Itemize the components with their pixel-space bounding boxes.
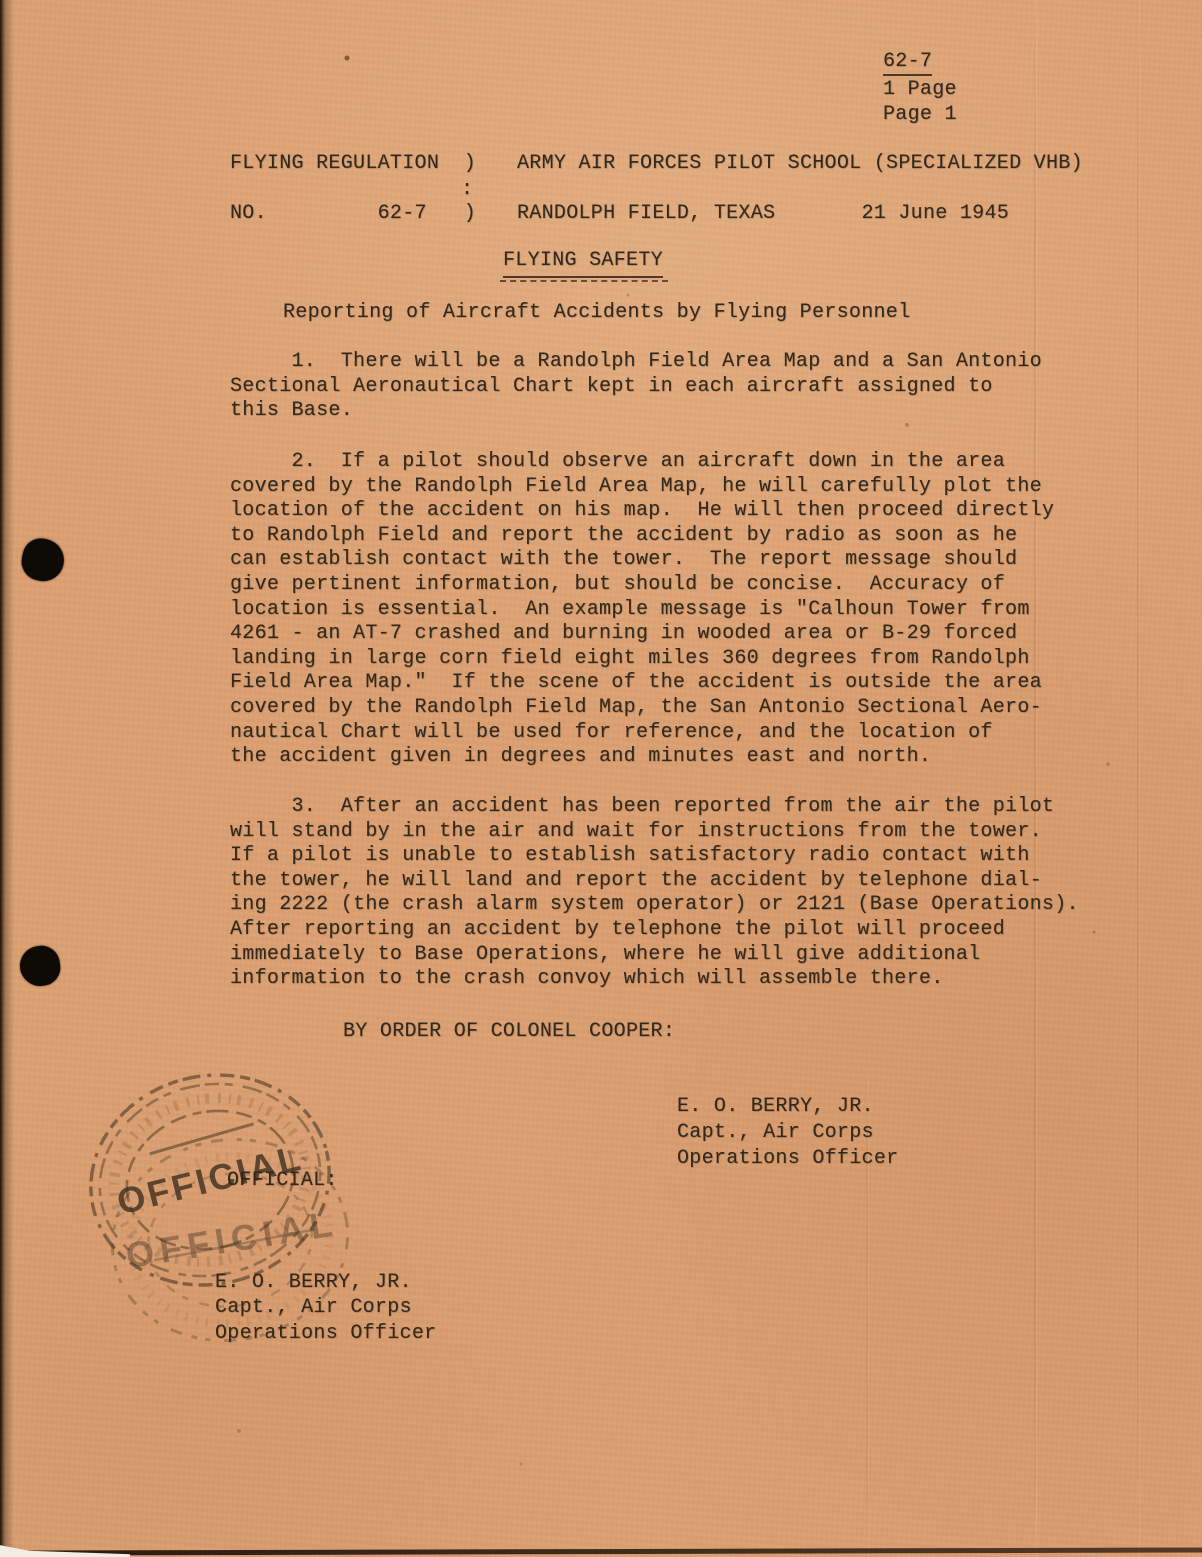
doc-number-text: 62-7	[883, 50, 932, 76]
header-left-line2: NO. 62-7 )	[230, 202, 476, 227]
paragraph-3: 3. After an accident has been reported f…	[230, 795, 1079, 992]
doc-title-text: FLYING SAFETY	[503, 249, 663, 278]
header-org-line: ARMY AIR FORCES PILOT SCHOOL (SPECIALIZE…	[517, 152, 1083, 177]
signature-block-right: E. O. BERRY, JR. Capt., Air Corps Operat…	[677, 1094, 898, 1172]
paragraph-1: 1. There will be a Randolph Field Area M…	[230, 350, 1042, 424]
order-line: BY ORDER OF COLONEL COOPER:	[343, 1020, 675, 1045]
header-left-line1: FLYING REGULATION )	[230, 152, 476, 177]
doc-number: 62-7	[883, 50, 932, 75]
doc-subject: Reporting of Aircraft Accidents by Flyin…	[283, 301, 910, 326]
scanned-document-page: OFFICIAL OFFICIAL 62-7 1 Page Page 1 FLY…	[0, 0, 1202, 1557]
hole-punch-top	[18, 535, 68, 585]
paper-crease	[1034, 0, 1036, 1557]
doc-title: FLYING SAFETY	[503, 249, 663, 278]
scan-edge-bottom	[28, 1547, 1202, 1555]
official-label: OFFICIAL:	[227, 1169, 338, 1194]
signature-block-bottom: E. O. BERRY, JR. Capt., Air Corps Operat…	[215, 1270, 436, 1346]
paragraph-2: 2. If a pilot should observe an aircraft…	[230, 450, 1054, 770]
page-count: 1 Page	[883, 78, 957, 103]
scan-edge-left	[0, 0, 14, 1557]
paper-crease	[1137, 0, 1139, 1557]
header-colon: :	[461, 178, 473, 203]
page-number: Page 1	[883, 103, 957, 128]
header-location-date-line: RANDOLPH FIELD, TEXAS 21 June 1945	[517, 202, 1009, 227]
hole-punch-bottom	[17, 943, 62, 988]
